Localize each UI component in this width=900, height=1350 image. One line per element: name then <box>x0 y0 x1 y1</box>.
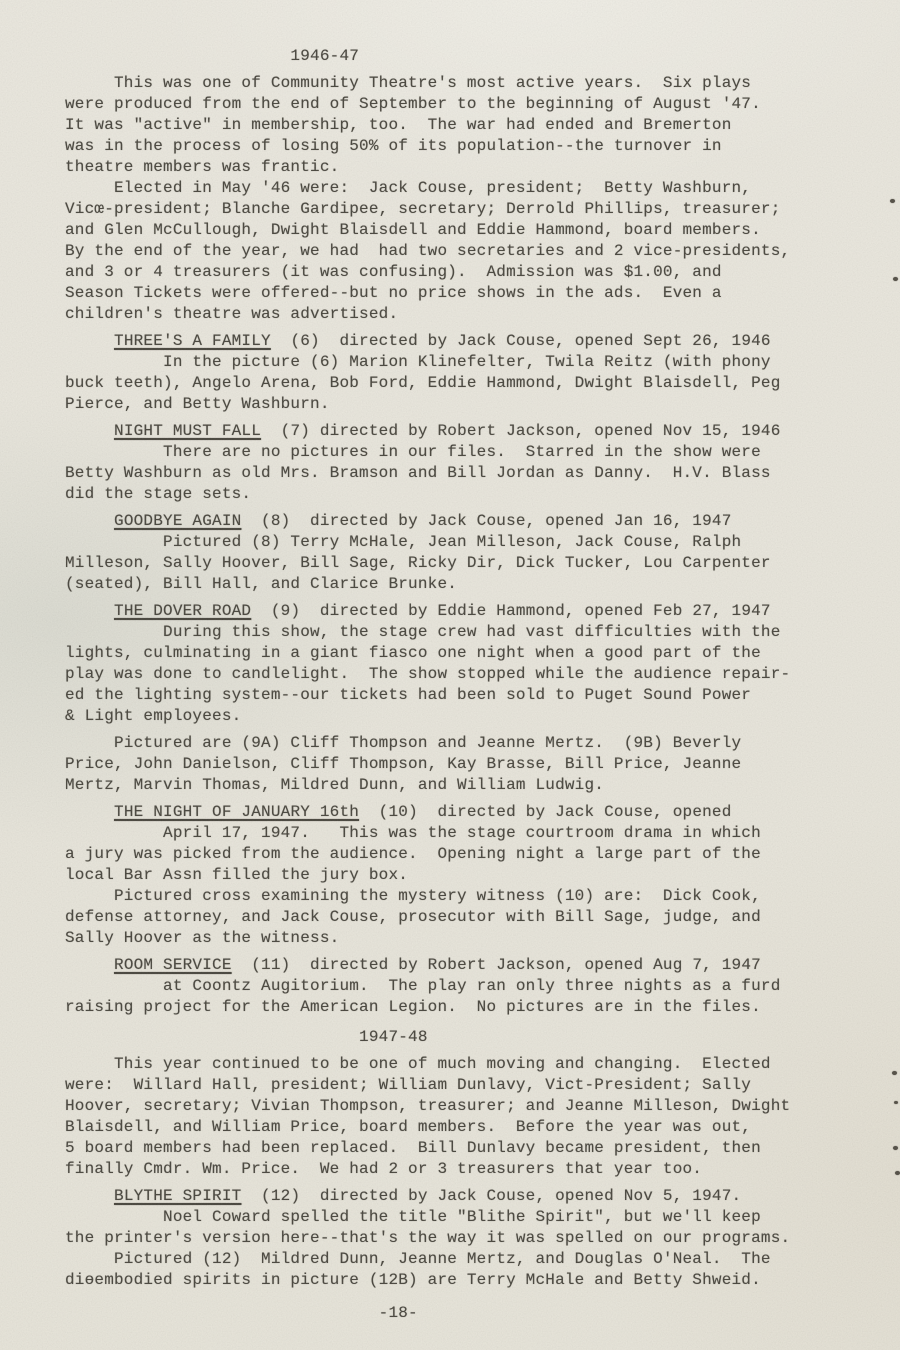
play-title: THREE'S A FAMILY <box>114 332 271 350</box>
play-title: BLYTHE SPIRIT <box>114 1187 241 1205</box>
indent <box>65 803 114 821</box>
text-line: the printer's version here--that's the w… <box>65 1228 900 1249</box>
page-number: -18- <box>65 1303 900 1324</box>
text-line: and 3 or 4 treasurers (it was confusing)… <box>65 262 900 283</box>
text-line: Pictured (12) Mildred Dunn, Jeanne Mertz… <box>65 1249 900 1270</box>
text-line: Milleson, Sally Hoover, Bill Sage, Ricky… <box>65 553 900 574</box>
play-heading-line: THE NIGHT OF JANUARY 16th (10) directed … <box>65 802 900 823</box>
play-heading-rest: (7) directed by Robert Jackson, opened N… <box>261 422 780 440</box>
play-title: THE NIGHT OF JANUARY 16th <box>114 803 359 821</box>
play-entry: ROOM SERVICE (11) directed by Robert Jac… <box>65 955 900 1018</box>
text-line: raising project for the American Legion.… <box>65 997 900 1018</box>
play-heading-rest: (10) directed by Jack Couse, opened <box>359 803 731 821</box>
text-line: There are no pictures in our files. Star… <box>65 442 900 463</box>
text-line: & Light employees. <box>65 706 900 727</box>
text-line: finally Cmdr. Wm. Price. We had 2 or 3 t… <box>65 1159 900 1180</box>
play-entry: THE NIGHT OF JANUARY 16th (10) directed … <box>65 802 900 949</box>
play-entry: BLYTHE SPIRIT (12) directed by Jack Cous… <box>65 1186 900 1291</box>
paper-speck <box>894 1101 898 1104</box>
text-line: were produced from the end of September … <box>65 94 900 115</box>
text-line: Blaisdell, and William Price, board memb… <box>65 1117 900 1138</box>
text-line: diɵembodied spirits in picture (12B) are… <box>65 1270 900 1291</box>
play-heading-rest: (9) directed by Eddie Hammond, opened Fe… <box>251 602 770 620</box>
text-line: Season Tickets were offered--but no pric… <box>65 283 900 304</box>
text-line: did the stage sets. <box>65 484 900 505</box>
play-entry: THREE'S A FAMILY (6) directed by Jack Co… <box>65 331 900 415</box>
text-line: During this show, the stage crew had vas… <box>65 622 900 643</box>
text-line: (seated), Bill Hall, and Clarice Brunke. <box>65 574 900 595</box>
text-line: In the picture (6) Marion Klinefelter, T… <box>65 352 900 373</box>
play-title: GOODBYE AGAIN <box>114 512 241 530</box>
text-line: Pictured cross examining the mystery wit… <box>65 886 900 907</box>
text-line: and Glen McCullough, Dwight Blaisdell an… <box>65 220 900 241</box>
text-line: defense attorney, and Jack Couse, prosec… <box>65 907 900 928</box>
play-heading-line: ROOM SERVICE (11) directed by Robert Jac… <box>65 955 900 976</box>
paragraph: This year continued to be one of much mo… <box>65 1054 900 1180</box>
text-line: Hoover, secretary; Vivian Thompson, trea… <box>65 1096 900 1117</box>
text-line: Noel Coward spelled the title "Blithe Sp… <box>65 1207 900 1228</box>
play-heading-line: NIGHT MUST FALL (7) directed by Robert J… <box>65 421 900 442</box>
text-line: ed the lighting system--our tickets had … <box>65 685 900 706</box>
text-line: By the end of the year, we had had two s… <box>65 241 900 262</box>
play-entry: NIGHT MUST FALL (7) directed by Robert J… <box>65 421 900 505</box>
indent <box>65 512 114 530</box>
text-line: play was done to candlelight. The show s… <box>65 664 900 685</box>
text-line: theatre members was frantic. <box>65 157 900 178</box>
paper-speck <box>895 1171 900 1175</box>
season-heading: 1947-48 <box>65 1027 900 1048</box>
play-heading-line: THREE'S A FAMILY (6) directed by Jack Co… <box>65 331 900 352</box>
paper-speck <box>892 1071 897 1075</box>
play-heading-rest: (11) directed by Robert Jackson, opened … <box>232 956 761 974</box>
text-line: Pictured are (9A) Cliff Thompson and Jea… <box>65 733 900 754</box>
play-entry: GOODBYE AGAIN (8) directed by Jack Couse… <box>65 511 900 595</box>
indent <box>65 332 114 350</box>
season-heading: 1946-47 <box>65 46 900 67</box>
document-page: 1946-47 This was one of Community Theatr… <box>0 0 900 1350</box>
text-line: at Coontz Augitorium. The play ran only … <box>65 976 900 997</box>
play-entry: THE DOVER ROAD (9) directed by Eddie Ham… <box>65 601 900 727</box>
play-heading-rest: (8) directed by Jack Couse, opened Jan 1… <box>241 512 731 530</box>
paper-speck <box>893 1146 898 1150</box>
text-line: Sally Hoover as the witness. <box>65 928 900 949</box>
indent <box>65 602 114 620</box>
text-line: April 17, 1947. This was the stage court… <box>65 823 900 844</box>
text-line: children's theatre was advertised. <box>65 304 900 325</box>
text-line: Pictured (8) Terry McHale, Jean Milleson… <box>65 532 900 553</box>
text-line: lights, culminating in a giant fiasco on… <box>65 643 900 664</box>
paragraph: This was one of Community Theatre's most… <box>65 73 900 325</box>
text-line: buck teeth), Angelo Arena, Bob Ford, Edd… <box>65 373 900 394</box>
indent <box>65 1187 114 1205</box>
indent <box>65 422 114 440</box>
text-line: Price, John Danielson, Cliff Thompson, K… <box>65 754 900 775</box>
play-heading-rest: (12) directed by Jack Couse, opened Nov … <box>241 1187 741 1205</box>
play-heading-line: BLYTHE SPIRIT (12) directed by Jack Cous… <box>65 1186 900 1207</box>
play-title: NIGHT MUST FALL <box>114 422 261 440</box>
text-line: It was "active" in membership, too. The … <box>65 115 900 136</box>
document-text: 1946-47 This was one of Community Theatr… <box>65 0 900 1324</box>
play-title: THE DOVER ROAD <box>114 602 251 620</box>
paper-speck <box>890 199 895 203</box>
text-line: a jury was picked from the audience. Ope… <box>65 844 900 865</box>
play-heading-rest: (6) directed by Jack Couse, opened Sept … <box>271 332 771 350</box>
text-line: Vicœ-president; Blanche Gardipee, secret… <box>65 199 900 220</box>
text-line: Betty Washburn as old Mrs. Bramson and B… <box>65 463 900 484</box>
text-line: Mertz, Marvin Thomas, Mildred Dunn, and … <box>65 775 900 796</box>
text-line: This year continued to be one of much mo… <box>65 1054 900 1075</box>
text-line: local Bar Assn filled the jury box. <box>65 865 900 886</box>
text-line: This was one of Community Theatre's most… <box>65 73 900 94</box>
text-line: was in the process of losing 50% of its … <box>65 136 900 157</box>
text-line: Elected in May '46 were: Jack Couse, pre… <box>65 178 900 199</box>
play-title: ROOM SERVICE <box>114 956 232 974</box>
text-line: 5 board members had been replaced. Bill … <box>65 1138 900 1159</box>
text-line: Pierce, and Betty Washburn. <box>65 394 900 415</box>
indent <box>65 956 114 974</box>
paragraph: Pictured are (9A) Cliff Thompson and Jea… <box>65 733 900 796</box>
text-line: were: Willard Hall, president; William D… <box>65 1075 900 1096</box>
play-heading-line: THE DOVER ROAD (9) directed by Eddie Ham… <box>65 601 900 622</box>
paper-speck <box>893 277 898 281</box>
play-heading-line: GOODBYE AGAIN (8) directed by Jack Couse… <box>65 511 900 532</box>
